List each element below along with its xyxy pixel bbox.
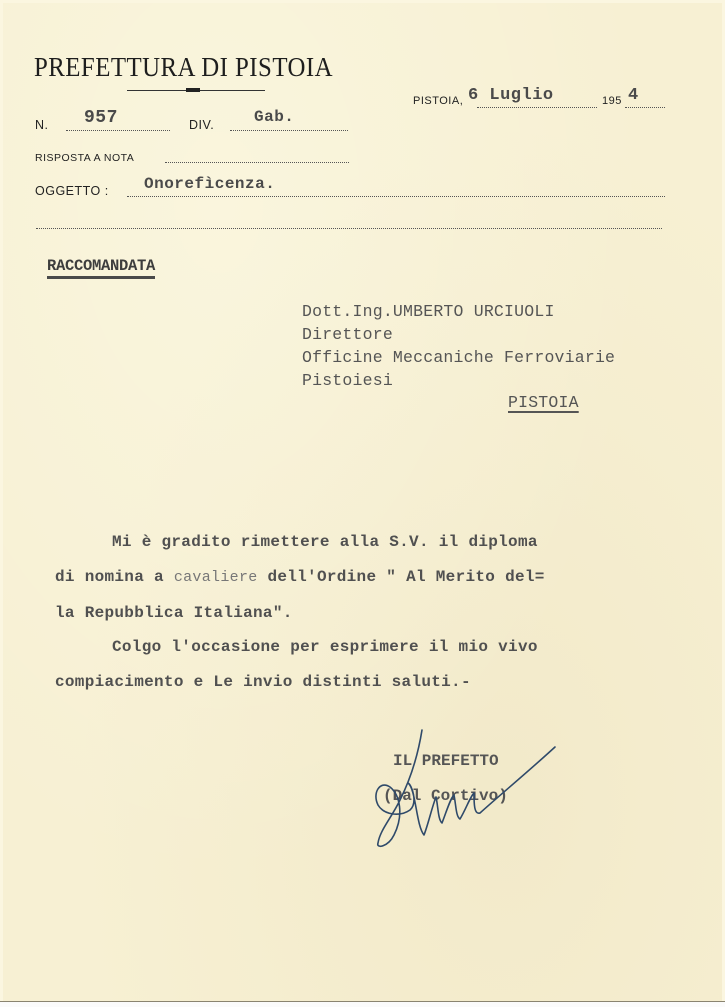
place-label: PISTOIA, [413, 95, 463, 107]
body-line-3: la Repubblica Italiana". [55, 604, 293, 622]
number-label: N. [35, 118, 49, 132]
division-value: Gab. [254, 108, 294, 126]
handwritten-signature-icon [370, 725, 570, 850]
recipient-line: Pistoiesi [302, 369, 615, 392]
recipient-line: Officine Meccaniche Ferroviarie [302, 346, 615, 369]
year-field-line [625, 107, 665, 108]
recipient-line: Dott.Ing.UMBERTO URCIUOLI [302, 300, 615, 323]
date-field-line [477, 107, 597, 108]
recipient-address: Dott.Ing.UMBERTO URCIUOLI Direttore Offi… [302, 300, 615, 392]
honor-rank: cavaliere [174, 569, 258, 586]
subject-second-line [36, 228, 662, 229]
recipient-city: PISTOIA [508, 393, 579, 412]
year-suffix: 4 [628, 86, 639, 105]
body-line-4: Colgo l'occasione per esprimere il mio v… [112, 638, 538, 656]
division-field-line [230, 130, 348, 131]
recipient-line: Direttore [302, 323, 615, 346]
subject-field-line [127, 196, 665, 197]
body-text: dell'Ordine " Al Merito del= [258, 568, 545, 586]
subject-label: OGGETTO : [35, 184, 109, 198]
letterhead-title: PREFETTURA DI PISTOIA [34, 52, 333, 83]
letterhead-rule-ornament [186, 88, 200, 92]
reply-field-line [165, 162, 349, 163]
subject-value: Onorefìcenza. [144, 175, 275, 193]
number-field-line [66, 130, 170, 131]
body-line-5: compiacimento e Le invio distinti saluti… [55, 673, 471, 691]
reply-label: RISPOSTA A NOTA [35, 152, 134, 164]
body-line-2: di nomina a cavaliere dell'Ordine " Al M… [55, 568, 545, 586]
year-prefix: 195 [602, 95, 622, 107]
date-value: 6 Luglio [468, 86, 554, 105]
page-edge [0, 1001, 725, 1007]
body-line-1: Mi è gradito rimettere alla S.V. il dipl… [112, 533, 538, 551]
division-label: DIV. [189, 118, 214, 132]
protocol-number: 957 [84, 108, 118, 128]
registered-mail-stamp: RACCOMANDATA [47, 257, 155, 279]
body-text: di nomina a [55, 568, 174, 586]
